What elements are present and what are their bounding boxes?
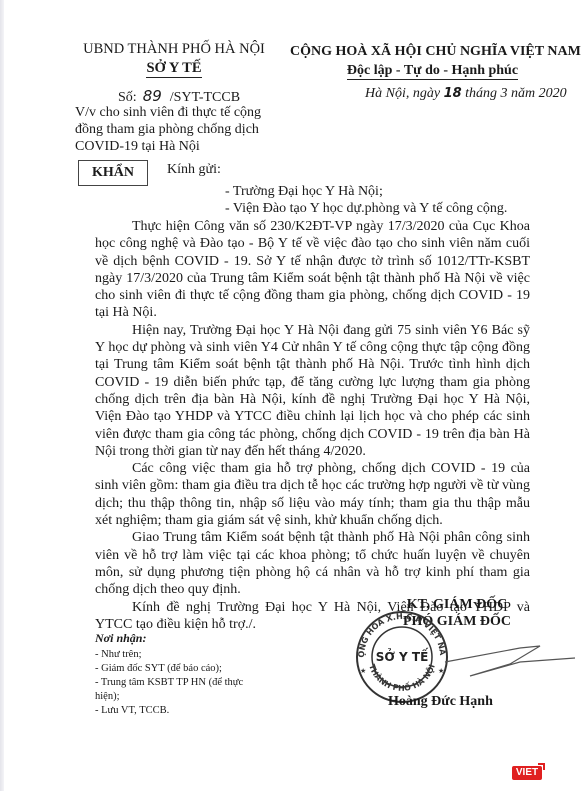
svg-text:SỞ Y TẾ: SỞ Y TẾ	[376, 648, 429, 664]
recipient-item: - Giám đốc SYT (để báo cáo);	[95, 662, 255, 676]
recipient-item: - Trung tâm KSBT TP HN (để thực hiện);	[95, 676, 255, 704]
body-paragraph: Giao Trung tâm Kiểm soát bệnh tật thành …	[95, 529, 530, 598]
body-paragraph: Thực hiện Công văn số 230/K2ĐT-VP ngày 1…	[95, 218, 530, 322]
signature-scribble-icon	[440, 640, 580, 690]
letter-body: Thực hiện Công văn số 230/K2ĐT-VP ngày 1…	[95, 218, 530, 633]
national-motto: Độc lập - Tự do - Hạnh phúc	[290, 61, 575, 80]
document-date: Hà Nội, ngày 18 tháng 3 năm 2020	[365, 86, 567, 102]
issuer-header: UBND THÀNH PHỐ HÀ NỘI SỞ Y TẾ	[74, 40, 274, 78]
handwritten-number: 89	[137, 87, 170, 105]
addressee-label: Kính gửi:	[167, 162, 221, 178]
handwritten-day: 18	[444, 86, 462, 101]
urgent-stamp: KHẨN	[78, 160, 148, 186]
addressee-recipient: - Trường Đại học Y Hà Nội;	[225, 184, 383, 200]
recipients-label: Nơi nhận:	[95, 631, 146, 646]
issuer-org-line1: UBND THÀNH PHỐ HÀ NỘI	[74, 40, 274, 59]
addressee-recipient: - Viện Đào tạo Y học dự.phòng và Y tế cô…	[225, 201, 507, 217]
document-subject: V/v cho sinh viên đi thực tế cộng đồng t…	[75, 104, 285, 155]
national-header: CỘNG HOÀ XÃ HỘI CHỦ NGHĨA VIỆT NAM Độc l…	[290, 42, 575, 80]
recipients-list: - Như trên; - Giám đốc SYT (để báo cáo);…	[95, 648, 255, 718]
viet-watermark-logo: VIET	[512, 766, 542, 780]
body-paragraph: Các công việc tham gia hỗ trợ phòng, chố…	[95, 460, 530, 529]
nation-name: CỘNG HOÀ XÃ HỘI CHỦ NGHĨA VIỆT NAM	[290, 42, 575, 61]
recipient-item: - Như trên;	[95, 648, 255, 662]
recipient-item: - Lưu VT, TCCB.	[95, 704, 255, 718]
svg-text:★: ★	[360, 667, 366, 675]
body-paragraph: Hiện nay, Trường Đại học Y Hà Nội đang g…	[95, 322, 530, 460]
svg-text:THÀNH PHỐ HÀ NỘI: THÀNH PHỐ HÀ NỘI	[367, 663, 437, 693]
issuer-org-line2: SỞ Y TẾ	[74, 59, 274, 78]
signer-name: Hoàng Đức Hạnh	[388, 694, 493, 710]
page-edge-shadow	[0, 0, 4, 791]
